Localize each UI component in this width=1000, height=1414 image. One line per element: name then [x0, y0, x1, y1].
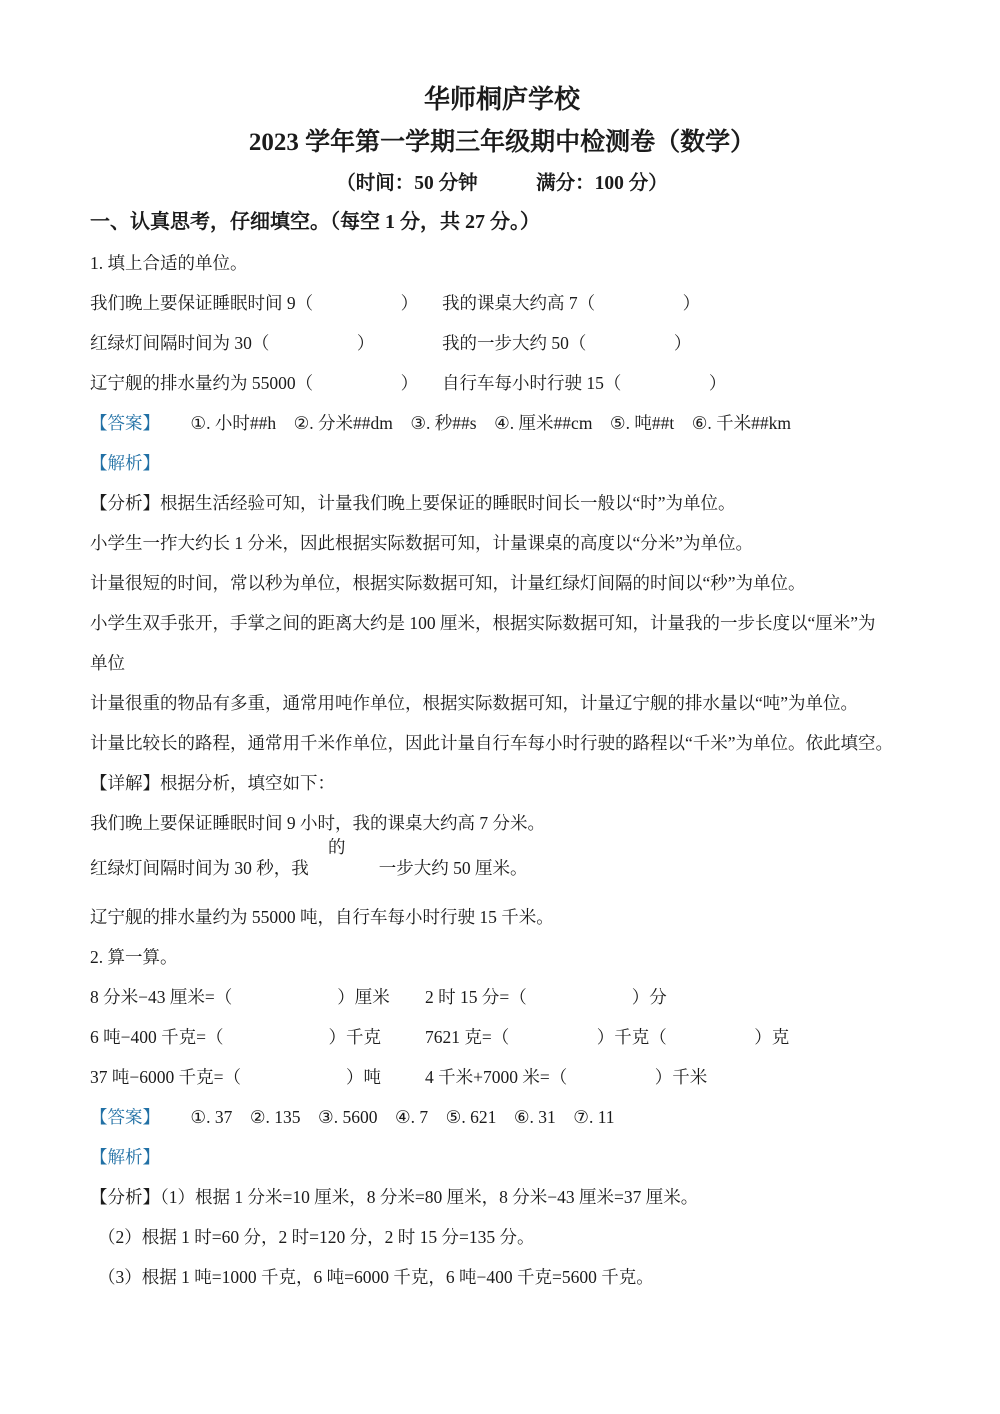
q1-row1-right: 我的课桌大约高 7（ ） [442, 283, 914, 323]
q1-jiexi-line: 【解析】 [90, 443, 914, 483]
school-name: 华师桐庐学校 [90, 84, 914, 115]
q1-row3-right: 自行车每小时行驶 15（ ） [442, 363, 914, 403]
q1-blank-row-2: 红绿灯间隔时间为 30（ ） 我的一步大约 50（ ） [90, 323, 914, 363]
q2-answer-text: ①. 37 ②. 135 ③. 5600 ④. 7 ⑤. 621 ⑥. 31 ⑦… [190, 1107, 614, 1127]
q1-answer-text: ①. 小时##h ②. 分米##dm ③. 秒##s ④. 厘米##cm ⑤. … [190, 413, 791, 433]
q1-blank-row-1: 我们晚上要保证睡眠时间 9（ ） 我的课桌大约高 7（ ） [90, 283, 914, 323]
section-1-heading: 一、认真思考，仔细填空。（每空 1 分，共 27 分。） [90, 204, 914, 240]
q2-answer-line: 【答案】 ①. 37 ②. 135 ③. 5600 ④. 7 ⑤. 621 ⑥.… [90, 1097, 914, 1137]
q1-detail-line-2: 红绿灯间隔时间为 30 秒，我的一步大约 50 厘米。 [90, 848, 914, 888]
q1-row1-left: 我们晚上要保证睡眠时间 9（ ） [90, 283, 442, 323]
exam-title: 2023 学年第一学期三年级期中检测卷（数学） [90, 128, 914, 158]
q2-answer-label: 【答案】 [90, 1107, 160, 1127]
q1-xiangjie-intro: 根据分析，填空如下： [160, 773, 335, 793]
q2-row2-left: 6 吨−400 千克=（ ）千克 [90, 1017, 425, 1057]
q1-detail-line-3: 辽宁舰的排水量约为 55000 吨，自行车每小时行驶 15 千米。 [90, 897, 914, 937]
q1-fenxi-line-6: 计量很重的物品有多重，通常用吨作单位，根据实际数据可知，计量辽宁舰的排水量以“吨… [90, 683, 914, 723]
q1-fenxi-line-4: 小学生双手张开，手掌之间的距离大约是 100 厘米，根据实际数据可知，计量我的一… [90, 603, 914, 643]
q2-fenxi-line-2: （2）根据 1 时=60 分，2 时=120 分，2 时 15 分=135 分。 [90, 1217, 914, 1257]
q1-answer-line: 【答案】 ①. 小时##h ②. 分米##dm ③. 秒##s ④. 厘米##c… [90, 403, 914, 443]
q1-fenxi-line-1: 【分析】根据生活经验可知，计量我们晚上要保证的睡眠时间长一般以“时”为单位。 [90, 483, 914, 523]
q2-calc-row-2: 6 吨−400 千克=（ ）千克 7621 克=（ ）千克（ ）克 [90, 1017, 914, 1057]
q1-jiexi-label: 【解析】 [90, 453, 160, 473]
q2-jiexi-line: 【解析】 [90, 1137, 914, 1177]
q1-row3-left: 辽宁舰的排水量约为 55000（ ） [90, 363, 442, 403]
q1-fenxi-line-2: 小学生一拃大约长 1 分米，因此根据实际数据可知，计量课桌的高度以“分米”为单位… [90, 523, 914, 563]
q1-blank-row-3: 辽宁舰的排水量约为 55000（ ） 自行车每小时行驶 15（ ） [90, 363, 914, 403]
q1-fenxi-text-1: 根据生活经验可知，计量我们晚上要保证的睡眠时间长一般以“时”为单位。 [160, 493, 736, 513]
q1-xiangjie-line: 【详解】根据分析，填空如下： [90, 763, 914, 803]
q1-fenxi-line-3: 计量很短的时间，常以秒为单位，根据实际数据可知，计量红绿灯间隔的时间以“秒”为单… [90, 563, 914, 603]
q1-xiangjie-label: 【详解】 [90, 773, 160, 793]
q2-calc-row-3: 37 吨−6000 千克=（ ）吨 4 千米+7000 米=（ ）千米 [90, 1057, 914, 1097]
q2-fenxi-label: 【分析】 [90, 1187, 160, 1207]
q2-fenxi-line-1: 【分析】（1）根据 1 分米=10 厘米，8 分米=80 厘米，8 分米−43 … [90, 1177, 914, 1217]
q1-row2-left: 红绿灯间隔时间为 30（ ） [90, 323, 442, 363]
q2-calc-row-1: 8 分米−43 厘米=（ ）厘米 2 时 15 分=（ ）分 [90, 977, 914, 1017]
exam-paper-document: 华师桐庐学校 2023 学年第一学期三年级期中检测卷（数学） （时间：50 分钟… [0, 0, 1000, 1414]
q2-fenxi-text-1: （1）根据 1 分米=10 厘米，8 分米=80 厘米，8 分米−43 厘米=3… [160, 1187, 698, 1207]
q2-jiexi-label: 【解析】 [90, 1147, 160, 1167]
q1-detail-line-1: 我们晚上要保证睡眠时间 9 小时，我的课桌大约高 7 分米。 [90, 803, 914, 843]
q2-stem: 2. 算一算。 [90, 937, 914, 977]
q2-row2-right: 7621 克=（ ）千克（ ）克 [425, 1017, 914, 1057]
q1-stem: 1. 填上合适的单位。 [90, 243, 914, 283]
q2-row1-right: 2 时 15 分=（ ）分 [425, 977, 914, 1017]
q1-fenxi-label: 【分析】 [90, 493, 160, 513]
q1-fenxi-line-5: 单位 [90, 643, 914, 683]
q2-fenxi-line-3: （3）根据 1 吨=1000 千克，6 吨=6000 千克，6 吨−400 千克… [90, 1257, 914, 1297]
raised-de-char: 的 [328, 837, 346, 857]
q2-row1-left: 8 分米−43 厘米=（ ）厘米 [90, 977, 425, 1017]
q1-answer-label: 【答案】 [90, 413, 160, 433]
q1-detail-line-2-post: 一步大约 50 厘米。 [379, 858, 528, 878]
q2-row3-left: 37 吨−6000 千克=（ ）吨 [90, 1057, 425, 1097]
q1-detail-line-2-pre: 红绿灯间隔时间为 30 秒，我 [90, 858, 309, 878]
q1-row2-right: 我的一步大约 50（ ） [442, 323, 914, 363]
exam-time-score-meta: （时间：50 分钟 满分：100 分） [90, 171, 914, 196]
q1-fenxi-line-7: 计量比较长的路程，通常用千米作单位，因此计量自行车每小时行驶的路程以“千米”为单… [90, 723, 914, 763]
q2-row3-right: 4 千米+7000 米=（ ）千米 [425, 1057, 914, 1097]
raised-de-wrap: 的 [309, 848, 365, 888]
